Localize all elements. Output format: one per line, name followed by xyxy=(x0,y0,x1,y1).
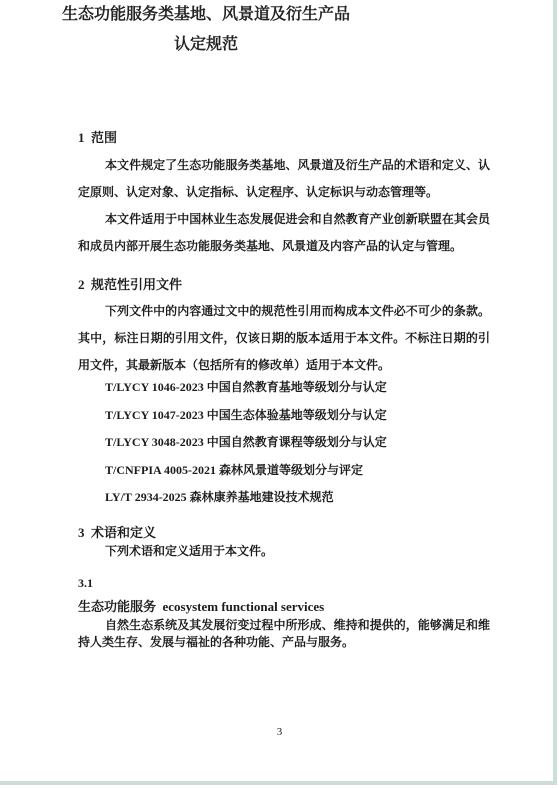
page-edge-bottom xyxy=(0,781,557,785)
section-scope-heading: 1 范围 xyxy=(78,130,490,145)
doc-title-line2: 认定规范 xyxy=(0,30,412,60)
scope-paragraph-1: 本文件规定了生态功能服务类基地、风景道及衍生产品的术语和定义、认定原则、认定对象… xyxy=(78,152,490,206)
references-list: T/LYCY 1046-2023 中国自然教育基地等级划分与认定 T/LYCY … xyxy=(78,374,517,512)
reference-item: LY/T 2934-2025 森林康养基地建设技术规范 xyxy=(105,484,517,512)
terms-intro: 下列术语和定义适用于本文件。 xyxy=(78,544,490,559)
term-number: 3.1 xyxy=(78,576,490,591)
document-page: 生态功能服务类基地、风景道及衍生产品 认定规范 1 范围 本文件规定了生态功能服… xyxy=(0,0,559,788)
doc-title: 生态功能服务类基地、风景道及衍生产品 认定规范 xyxy=(0,0,412,60)
page-number: 3 xyxy=(0,726,559,738)
page-edge-right xyxy=(553,0,557,785)
section-references-heading: 2 规范性引用文件 xyxy=(78,277,490,292)
reference-item: T/LYCY 1046-2023 中国自然教育基地等级划分与认定 xyxy=(105,374,517,402)
section-terms-heading: 3 术语和定义 xyxy=(78,525,490,540)
doc-title-line1: 生态功能服务类基地、风景道及衍生产品 xyxy=(0,0,412,30)
term-definition: 自然生态系统及其发展衍变过程中所形成、维持和提供的，能够满足和维持人类生存、发展… xyxy=(78,617,490,651)
reference-item: T/LYCY 3048-2023 中国自然教育课程等级划分与认定 xyxy=(105,429,517,457)
scope-paragraph-2: 本文件适用于中国林业生态发展促进会和自然教育产业创新联盟在其会员和成员内部开展生… xyxy=(78,206,490,260)
references-intro: 下列文件中的内容通过文中的规范性引用而构成本文件必不可少的条款。其中，标注日期的… xyxy=(78,298,490,379)
reference-item: T/CNFPIA 4005-2021 森林风景道等级划分与评定 xyxy=(105,457,517,485)
reference-item: T/LYCY 1047-2023 中国生态体验基地等级划分与认定 xyxy=(105,402,517,430)
term-name: 生态功能服务 ecosystem functional services xyxy=(78,596,490,615)
